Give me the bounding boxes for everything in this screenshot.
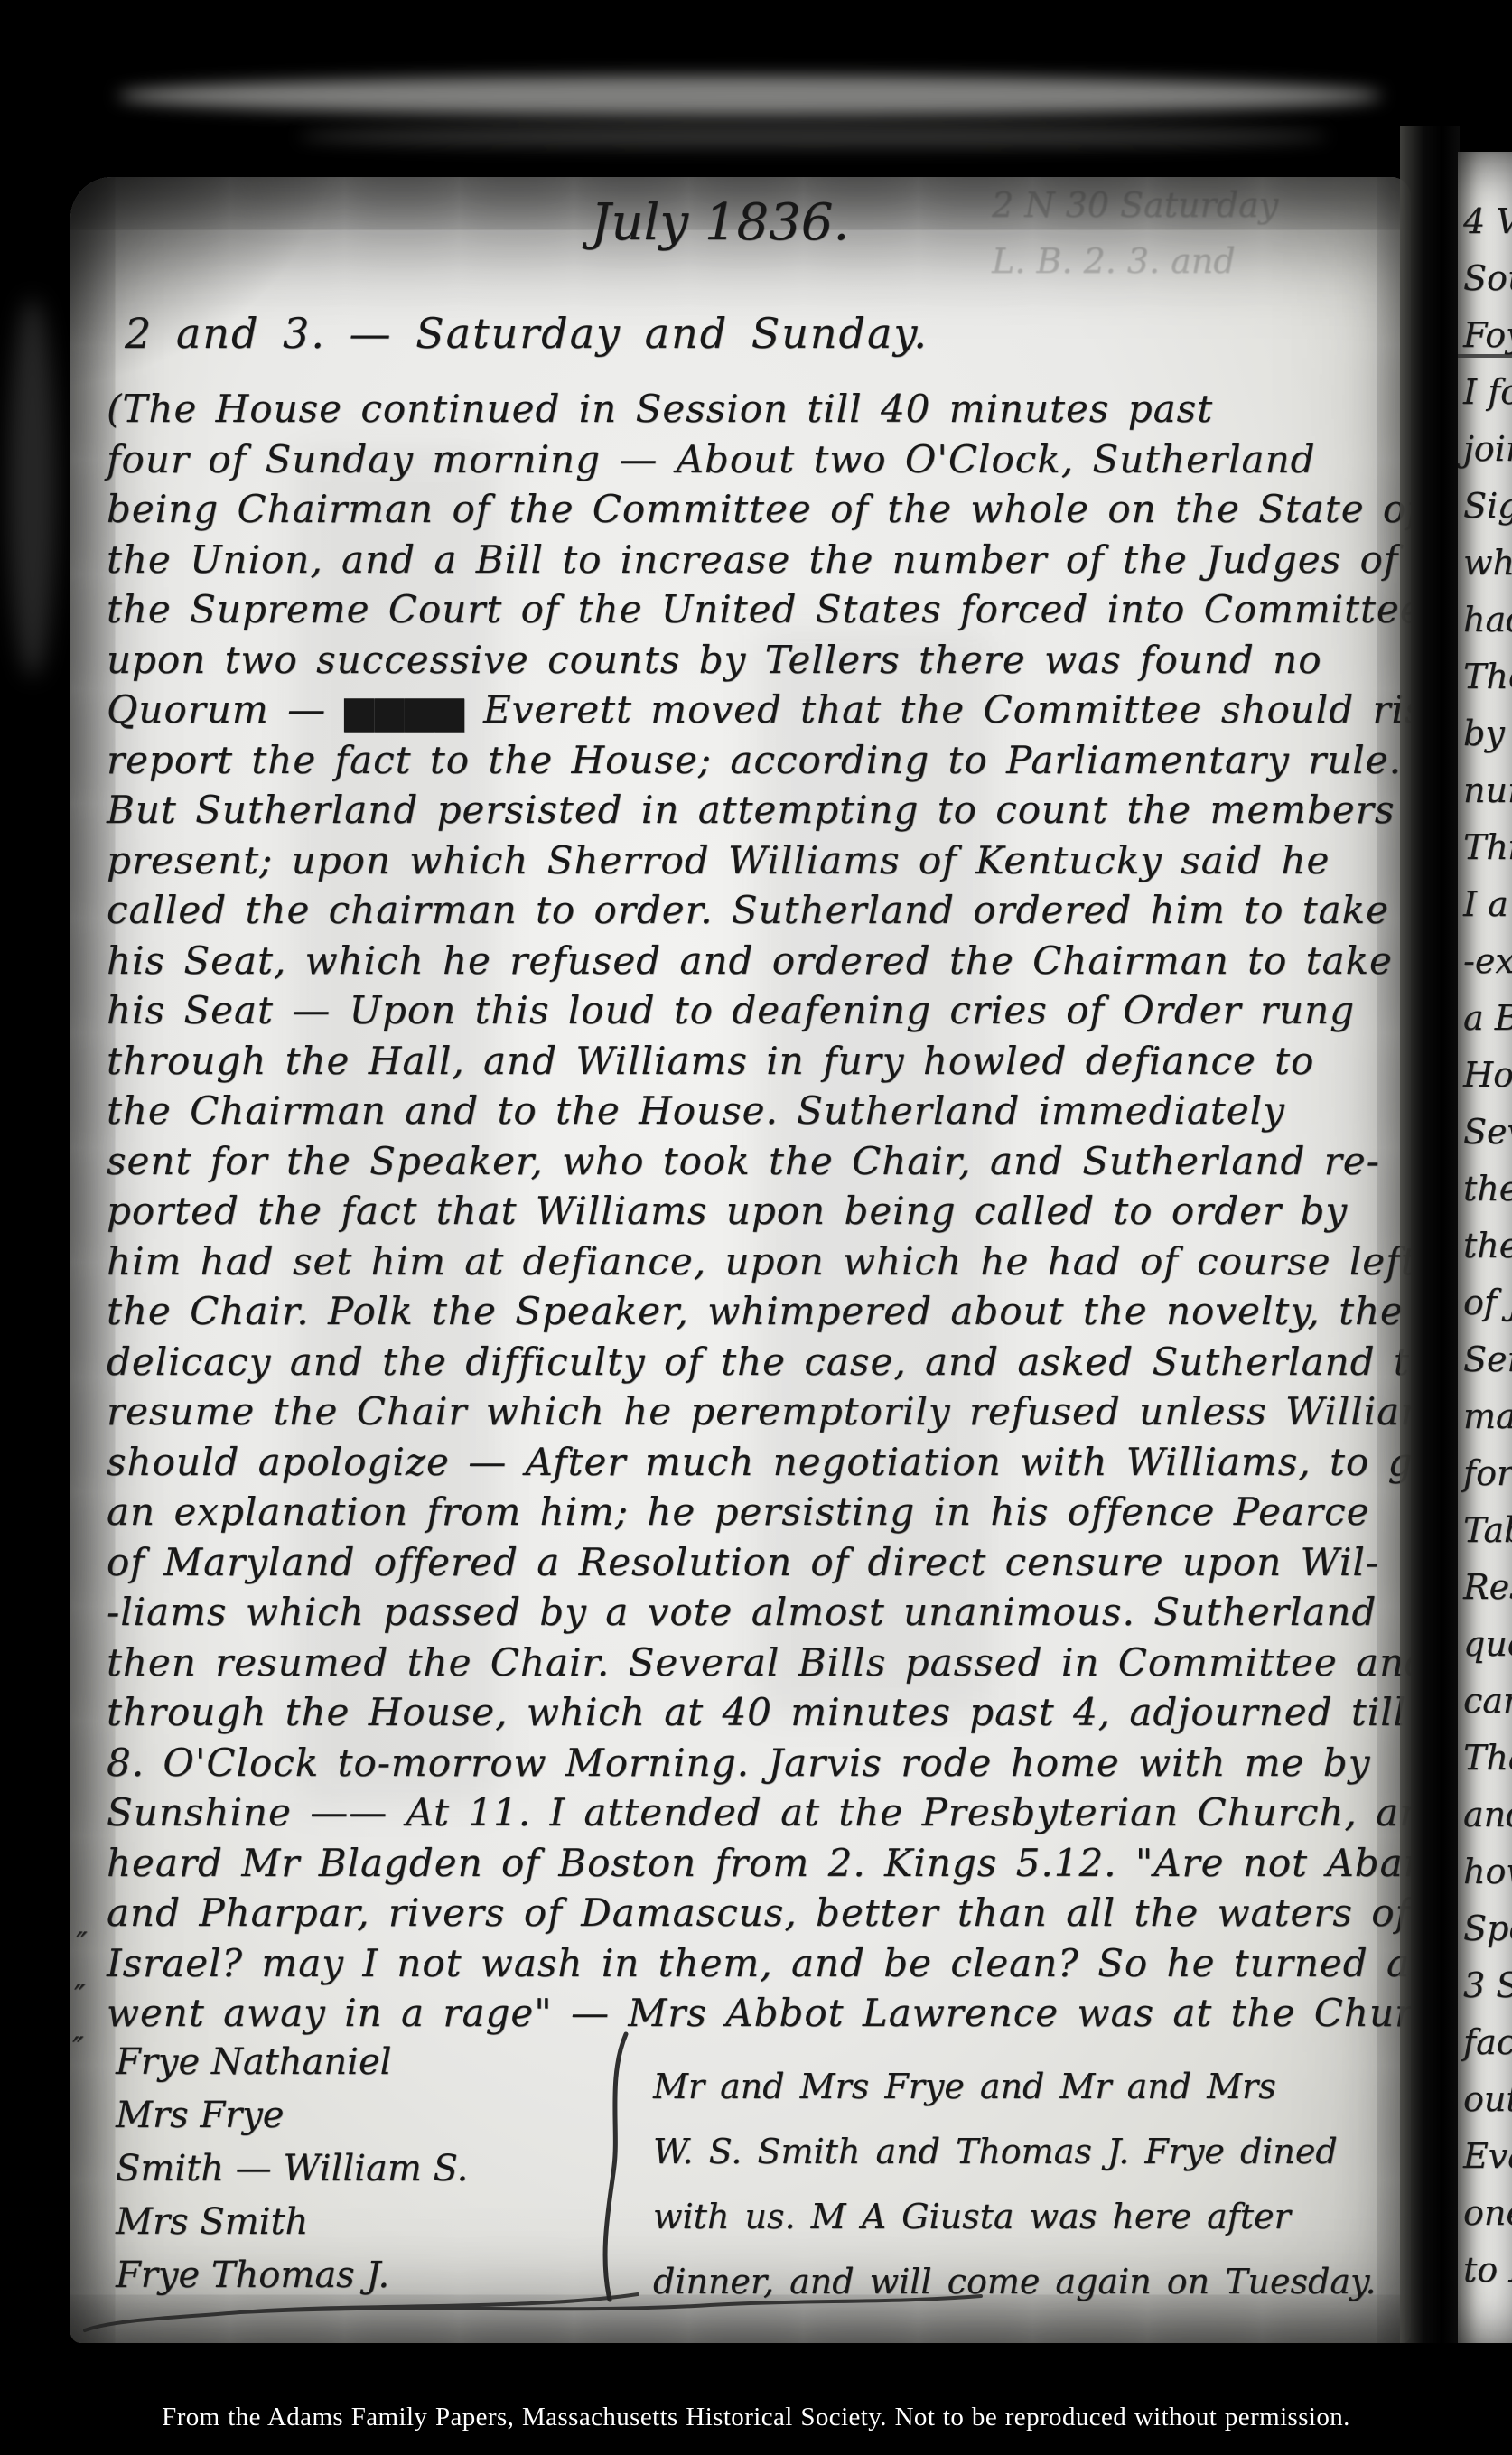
- text-fragment: How: [1463, 1047, 1512, 1104]
- text-fragment: 3 Sp: [1463, 1957, 1512, 2014]
- manuscript-line: him had set him at defiance, upon which …: [107, 1239, 1409, 1290]
- text-fragment: to H: [1463, 2242, 1512, 2299]
- text-fragment: the: [1463, 1161, 1512, 1218]
- manuscript-line: heard Mr Blagden of Boston from 2. Kings…: [107, 1841, 1409, 1891]
- text-fragment: I a: [1463, 876, 1512, 933]
- entry-rule-line: [1458, 354, 1512, 358]
- manuscript-line: of Maryland offered a Resolution of dire…: [107, 1540, 1409, 1591]
- manuscript-line: the Chairman and to the House. Sutherlan…: [107, 1088, 1409, 1139]
- book-gutter: [1400, 126, 1460, 2357]
- manuscript-line: sent for the Speaker, who took the Chair…: [107, 1139, 1409, 1190]
- guest-name: Frye Nathaniel: [116, 2036, 468, 2089]
- manuscript-line: present; upon which Sherrod Williams of …: [107, 838, 1409, 889]
- entry-body: (The House continued in Session till 40 …: [107, 387, 1409, 2041]
- page-title: July 1836.: [591, 193, 849, 252]
- text-fragment: by th: [1463, 705, 1512, 762]
- text-fragment: -ex de: [1463, 933, 1512, 990]
- text-fragment: a Br: [1463, 990, 1512, 1047]
- text-fragment: This: [1463, 819, 1512, 876]
- bleedthrough-line: L. B. 2. 3. and: [992, 233, 1278, 289]
- manuscript-line: his Seat, which he refused and ordered t…: [107, 938, 1409, 989]
- scan-edge-streak: [117, 76, 1382, 116]
- text-fragment: of Je: [1463, 1274, 1512, 1331]
- text-fragment: Evan: [1463, 2128, 1512, 2185]
- guest-name: Mrs Smith: [116, 2196, 468, 2249]
- dinner-note: Mr and Mrs Frye and Mr and MrsW. S. Smit…: [653, 2054, 1376, 2314]
- manuscript-line: the Chair. Polk the Speaker, whimpered a…: [107, 1289, 1409, 1340]
- manuscript-line: ported the fact that Williams upon being…: [107, 1189, 1409, 1239]
- manuscript-line: Quorum — ▆▆▆▆ Everett moved that the Com…: [107, 687, 1409, 738]
- text-fragment: I fo: [1463, 364, 1512, 421]
- brace-stroke: [590, 2030, 637, 2307]
- guest-name: Smith — William S.: [116, 2142, 468, 2196]
- manuscript-line: being Chairman of the Committee of the w…: [107, 487, 1409, 537]
- text-fragment: Reso: [1463, 1559, 1512, 1616]
- margin-quote-mark: ″: [72, 2030, 84, 2067]
- manuscript-scan: 2 N 30 SaturdayL. B. 2. 3. and July 1836…: [0, 0, 1512, 2455]
- manuscript-line: then resumed the Chair. Several Bills pa…: [107, 1640, 1409, 1691]
- manuscript-line: his Seat — Upon this loud to deafening c…: [107, 988, 1409, 1039]
- text-fragment: Tabl: [1463, 1502, 1512, 1559]
- text-fragment: Sign: [1463, 478, 1512, 535]
- manuscript-line: Israel? may I not wash in them, and be c…: [107, 1941, 1409, 1992]
- dinner-note-line: Mr and Mrs Frye and Mr and Mrs: [653, 2054, 1376, 2119]
- bleedthrough-line: 2 N 30 Saturday: [992, 177, 1278, 233]
- dinner-note-line: with us. M A Giusta was here after: [653, 2184, 1376, 2249]
- manuscript-line: -liams which passed by a vote almost una…: [107, 1590, 1409, 1640]
- manuscript-line: called the chairman to order. Sutherland…: [107, 888, 1409, 938]
- text-fragment: one: [1463, 2185, 1512, 2242]
- manuscript-line: should apologize — After much negotiatio…: [107, 1440, 1409, 1490]
- manuscript-line: an explanation from him; he persisting i…: [107, 1489, 1409, 1540]
- text-fragment: 4 V: [1463, 193, 1512, 250]
- manuscript-line: four of Sunday morning — About two O'Clo…: [107, 437, 1409, 488]
- text-fragment: how: [1463, 1844, 1512, 1900]
- scan-edge-streak: [298, 125, 1328, 148]
- diary-left-page: 2 N 30 SaturdayL. B. 2. 3. and July 1836…: [70, 177, 1411, 2343]
- manuscript-line: through the Hall, and Williams in fury h…: [107, 1039, 1409, 1089]
- entry-date-heading: 2 and 3. — Saturday and Sunday.: [125, 309, 929, 358]
- dinner-note-line: W. S. Smith and Thomas J. Frye dined: [653, 2119, 1376, 2184]
- manuscript-line: 8. O'Clock to-morrow Morning. Jarvis rod…: [107, 1741, 1409, 1791]
- text-fragment: and t: [1463, 1787, 1512, 1844]
- text-fragment: for m: [1463, 1445, 1512, 1502]
- manuscript-line: Sunshine —— At 11. I attended at the Pre…: [107, 1790, 1409, 1841]
- text-fragment: cami: [1463, 1673, 1512, 1730]
- text-fragment: Spe: [1463, 1900, 1512, 1957]
- text-fragment: Sev: [1463, 1104, 1512, 1161]
- text-fragment: nun: [1463, 762, 1512, 819]
- manuscript-line: through the House, which at 40 minutes p…: [107, 1690, 1409, 1741]
- text-fragment: had: [1463, 592, 1512, 649]
- manuscript-line: went away in a rage" — Mrs Abbot Lawrenc…: [107, 1991, 1409, 2041]
- bleedthrough-text: 2 N 30 SaturdayL. B. 2. 3. and: [992, 177, 1278, 289]
- facing-page-text-fragments: 4 VSouFoyI fojoinSignwhihadThoby thnunTh…: [1463, 193, 1512, 2299]
- manuscript-line: and Pharpar, rivers of Damascus, better …: [107, 1890, 1409, 1941]
- flourish-line: [78, 2283, 990, 2338]
- credit-footer: From the Adams Family Papers, Massachuse…: [0, 2343, 1512, 2455]
- text-fragment: out a: [1463, 2071, 1512, 2128]
- manuscript-line: upon two successive counts by Tellers th…: [107, 638, 1409, 688]
- manuscript-line: the Supreme Court of the United States f…: [107, 587, 1409, 638]
- margin-quote-mark: ″: [76, 1926, 88, 1962]
- facing-page-edge: 4 VSouFoyI fojoinSignwhihadThoby thnunTh…: [1458, 152, 1512, 2350]
- manuscript-line: delicacy and the difficulty of the case,…: [107, 1340, 1409, 1390]
- scan-edge-streak: [9, 298, 56, 677]
- credit-text: From the Adams Family Papers, Massachuse…: [0, 2403, 1512, 2432]
- manuscript-line: (The House continued in Session till 40 …: [107, 387, 1409, 437]
- manuscript-line: resume the Chair which he peremptorily r…: [107, 1389, 1409, 1440]
- text-fragment: join: [1463, 421, 1512, 478]
- manuscript-line: the Union, and a Bill to increase the nu…: [107, 537, 1409, 588]
- margin-quote-mark: ″: [74, 1978, 86, 2014]
- text-fragment: Sou: [1463, 250, 1512, 307]
- text-fragment: ques: [1463, 1616, 1512, 1673]
- text-fragment: Tho: [1463, 649, 1512, 705]
- text-fragment: man: [1463, 1388, 1512, 1445]
- text-fragment: Tha: [1463, 1730, 1512, 1787]
- guest-name: Mrs Frye: [116, 2089, 468, 2142]
- text-fragment: the l: [1463, 1218, 1512, 1274]
- manuscript-line: But Sutherland persisted in attempting t…: [107, 788, 1409, 838]
- dinner-guest-list: Frye NathanielMrs FryeSmith — William S.…: [116, 2036, 468, 2302]
- page-corner-shadow: [70, 177, 341, 394]
- text-fragment: Sena: [1463, 1331, 1512, 1388]
- text-fragment: whi: [1463, 535, 1512, 592]
- manuscript-line: report the fact to the House; according …: [107, 738, 1409, 789]
- text-fragment: facto: [1463, 2014, 1512, 2071]
